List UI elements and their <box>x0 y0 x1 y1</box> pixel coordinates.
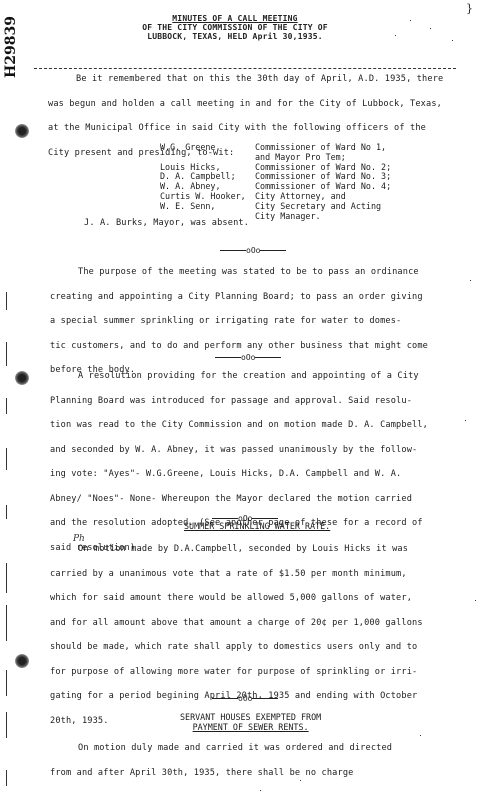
margin-scan-mark <box>6 670 7 696</box>
text-line: and for all amount above that amount a c… <box>50 611 423 636</box>
text-line: ing vote: "Ayes"- W.G.Greene, Louis Hick… <box>50 462 428 487</box>
section-title-line: SERVANT HOUSES EXEMPTED FROM <box>180 712 321 722</box>
margin-scan-mark <box>6 448 7 470</box>
text-line: Be it remembered that on this the 30th d… <box>48 67 443 92</box>
scan-speckle <box>260 790 261 791</box>
margin-scan-mark <box>6 398 7 414</box>
text-line: On motion duly made and carried it was o… <box>50 736 392 761</box>
document-page: H29839 } MINUTES OF A CALL MEETING OF TH… <box>0 0 488 800</box>
text-line: carried by a unanimous vote that a rate … <box>50 562 423 587</box>
scan-speckle <box>452 40 453 41</box>
text-line: which for said amount there would be all… <box>50 586 423 611</box>
top-right-mark: } <box>466 2 473 15</box>
text-line: should be made, which rate shall apply t… <box>50 635 423 660</box>
scan-speckle <box>470 280 471 281</box>
margin-scan-mark <box>6 605 7 641</box>
scan-speckle <box>410 20 411 21</box>
text-line: Abney/ "Noes"- None- Whereupon the Mayor… <box>50 487 428 512</box>
section-separator: oOo <box>212 694 278 703</box>
binder-hole-icon <box>15 654 29 668</box>
scan-speckle <box>465 420 466 421</box>
document-heading: MINUTES OF A CALL MEETING OF THE CITY CO… <box>110 14 360 41</box>
document-id-stamp: H29839 <box>2 12 20 82</box>
scan-speckle <box>475 600 476 601</box>
section-title-sewer: SERVANT HOUSES EXEMPTED FROM PAYMENT OF … <box>180 712 321 732</box>
text-line: Planning Board was introduced for passag… <box>50 389 428 414</box>
text-line: The purpose of the meeting was stated to… <box>50 260 428 285</box>
heading-line-2: OF THE CITY COMMISSION OF THE CITY OF <box>110 23 360 32</box>
sewer-paragraph: On motion duly made and carried it was o… <box>50 736 392 785</box>
text-line: A resolution providing for the creation … <box>50 364 428 389</box>
binder-hole-icon <box>15 124 29 138</box>
margin-scan-mark <box>6 342 7 366</box>
section-separator: oOo <box>215 353 281 362</box>
text-line: creating and appointing a City Planning … <box>50 285 428 310</box>
section-title-sprinkling: SUMMER SPRINKLING WATER RATE. <box>184 521 330 531</box>
officer-name: W.G. Greene, <box>160 143 221 153</box>
officer-title: City Manager. <box>255 212 321 222</box>
text-line: On motion made by D.A.Campbell, seconded… <box>50 537 423 562</box>
absent-note: J. A. Burks, Mayor, was absent. <box>84 217 249 229</box>
scan-speckle <box>300 780 301 781</box>
text-line: and seconded by W. A. Abney, it was pass… <box>50 438 428 463</box>
margin-scan-mark <box>6 770 7 786</box>
margin-scan-mark <box>6 292 7 310</box>
scan-speckle <box>395 35 396 36</box>
scan-speckle <box>420 735 421 736</box>
heading-line-3: LUBBOCK, TEXAS, HELD April 30,1935. <box>110 32 360 41</box>
officer-name: W. E. Senn, <box>160 202 215 212</box>
margin-scan-mark <box>6 505 7 519</box>
section-title-line: PAYMENT OF SEWER RENTS. <box>180 722 321 732</box>
text-line: from and after April 30th, 1935, there s… <box>50 761 392 786</box>
scan-speckle <box>430 28 431 29</box>
margin-scan-mark <box>6 712 7 738</box>
heading-line-1: MINUTES OF A CALL MEETING <box>110 14 360 23</box>
text-line: tion was read to the City Commission and… <box>50 413 428 438</box>
sprinkling-paragraph: On motion made by D.A.Campbell, seconded… <box>50 537 423 733</box>
binder-hole-icon <box>15 371 29 385</box>
text-line: at the Municipal Office in said City wit… <box>48 116 443 141</box>
margin-scan-mark <box>6 563 7 593</box>
text-line: for purpose of allowing more water for p… <box>50 660 423 685</box>
text-line: a special summer sprinkling or irrigatin… <box>50 309 428 334</box>
text-line: was begun and holden a call meeting in a… <box>48 92 443 117</box>
section-separator: oOo <box>220 246 286 255</box>
